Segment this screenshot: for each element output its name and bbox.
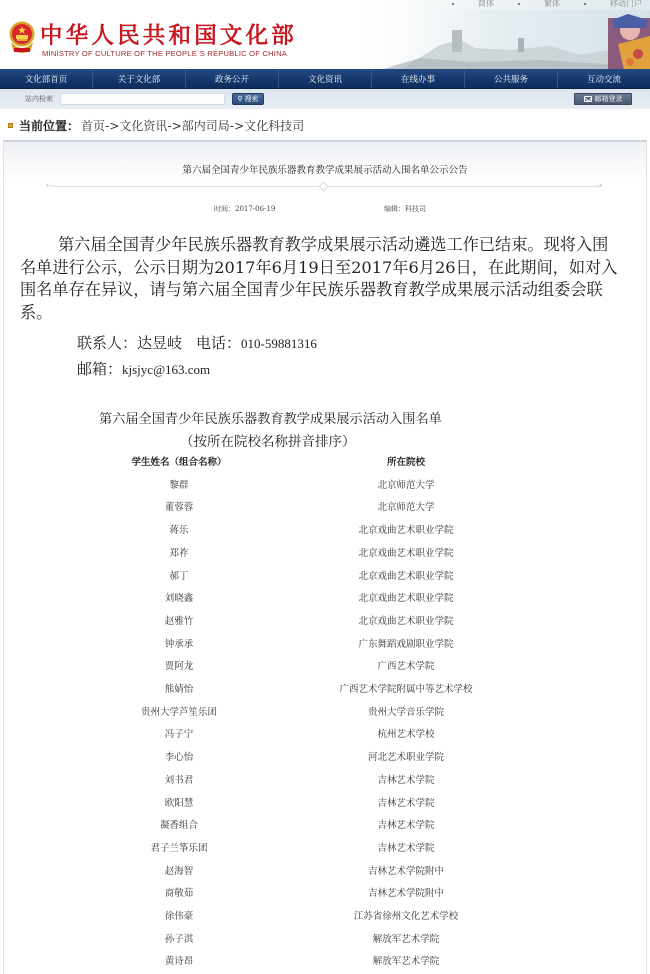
table-row: 贾阿龙广西艺术学院 [4, 658, 646, 681]
table-row: 刘晓鑫北京戏曲艺术职业学院 [4, 590, 646, 613]
table-row: 徐伟豪江苏省徐州文化艺术学校 [4, 908, 646, 931]
mail-login-button[interactable]: 邮箱登录 [574, 93, 632, 105]
nav-item-interaction[interactable]: 互动交流 [558, 69, 650, 88]
top-link-traditional[interactable]: 繁体 [518, 0, 560, 9]
great-wall-banner-image [380, 10, 650, 69]
main-nav: 文化部首页 关于文化部 政务公开 文化资讯 在线办事 公共服务 互动交流 [0, 69, 650, 89]
contact-line: 联系人：达昱岐电话：010-59881316 [77, 332, 317, 353]
table-row: 欧阳慧吉林艺术学院 [4, 795, 646, 818]
bullet-square-icon [8, 123, 13, 128]
national-emblem-icon[interactable] [8, 20, 36, 56]
table-row: 黎群北京师范大学 [4, 477, 646, 500]
article-panel: 第六届全国青少年民族乐器教育教学成果展示活动入围名单公示公告 ⇠ ⇢ 时间：20… [3, 140, 647, 974]
ornament-diamond-icon [319, 182, 329, 192]
article-paragraph: 第六届全国青少年民族乐器教育教学成果展示活动遴选工作已结束。现将入围名单进行公示… [20, 234, 620, 324]
search-bar: 站内检索 ⚲ 搜索 邮箱登录 [0, 89, 650, 109]
table-row: 赵海智吉林艺术学院附中 [4, 863, 646, 886]
article-title: 第六届全国青少年民族乐器教育教学成果展示活动入围名单公示公告 [4, 162, 646, 176]
nav-item-public-services[interactable]: 公共服务 [465, 69, 558, 88]
table-row: 蒋乐北京戏曲艺术职业学院 [4, 522, 646, 545]
site-search-input[interactable] [60, 93, 225, 105]
search-button[interactable]: ⚲ 搜索 [232, 93, 264, 105]
nav-item-government-affairs[interactable]: 政务公开 [186, 69, 279, 88]
list-title-main: 第六届全国青少年民族乐器教育教学成果展示活动入围名单 [99, 408, 442, 427]
phone-number: 010-59881316 [241, 336, 317, 351]
mail-icon [584, 96, 592, 102]
breadcrumb-label: 当前位置： [19, 117, 79, 134]
table-row: 郝丁北京戏曲艺术职业学院 [4, 568, 646, 591]
table-header-row: 学生姓名（组合名称） 所在院校 [4, 454, 646, 477]
site-header: 简体 繁体 移动门户 中华人民共和国文化部 MINISTRY OF CULTUR… [0, 0, 650, 69]
table-row: 凝香组合吉林艺术学院 [4, 817, 646, 840]
table-row: 孙子淇解放军艺术学院 [4, 931, 646, 954]
brand-title-en: MINISTRY OF CULTURE OF THE PEOPLE`S REPU… [42, 49, 287, 58]
email-line: 邮箱：kjsjyc@163.com [77, 358, 210, 379]
table-row: 赵雅竹北京戏曲艺术职业学院 [4, 613, 646, 636]
nav-item-culture-news[interactable]: 文化资讯 [279, 69, 372, 88]
table-row: 熊婧怡广西艺术学院附属中等艺术学校 [4, 681, 646, 704]
table-row: 贵州大学芦笙乐团贵州大学音乐学院 [4, 704, 646, 727]
table-row: 商敬茹吉林艺术学院附中 [4, 885, 646, 908]
ornament-right-icon: ⇢ [596, 181, 603, 190]
search-label: 站内检索 [25, 94, 53, 104]
table-row: 董蓉蓉北京师范大学 [4, 499, 646, 522]
bullet-icon [518, 3, 520, 5]
contact-name: 达昱岐 [137, 334, 182, 352]
bullet-icon [584, 3, 586, 5]
breadcrumb: 当前位置： 首页->文化资讯->部内司局->文化科技司 [0, 110, 650, 140]
table-row: 刘书君吉林艺术学院 [4, 772, 646, 795]
brand-title-cn[interactable]: 中华人民共和国文化部 [40, 18, 297, 50]
article-body: 第六届全国青少年民族乐器教育教学成果展示活动遴选工作已结束。现将入围名单进行公示… [20, 234, 620, 324]
email-address[interactable]: kjsjyc@163.com [122, 362, 210, 377]
bullet-icon [452, 3, 454, 5]
table-row: 钟承承广东舞蹈戏剧职业学院 [4, 636, 646, 659]
nav-item-online-services[interactable]: 在线办事 [372, 69, 465, 88]
top-link-simplified[interactable]: 简体 [452, 0, 494, 9]
top-links: 简体 繁体 移动门户 [428, 0, 642, 9]
table-row: 黄诗昂解放军艺术学院 [4, 953, 646, 974]
breadcrumb-path[interactable]: 首页->文化资讯->部内司局->文化科技司 [81, 117, 304, 134]
column-header-name: 学生姓名（组合名称） [64, 454, 294, 468]
nav-item-home[interactable]: 文化部首页 [0, 69, 93, 88]
list-title-sub: （按所在院校名称拼音排序） [180, 430, 356, 450]
top-link-mobile[interactable]: 移动门户 [584, 0, 642, 9]
nav-item-about[interactable]: 关于文化部 [93, 69, 186, 88]
table-row: 李心怡河北艺术职业学院 [4, 749, 646, 772]
search-icon: ⚲ [237, 95, 242, 103]
column-header-school: 所在院校 [296, 454, 516, 468]
table-row: 君子兰筝乐团吉林艺术学院 [4, 840, 646, 863]
table-row: 冯子宁杭州艺术学校 [4, 726, 646, 749]
table-row: 郑祚北京戏曲艺术职业学院 [4, 545, 646, 568]
publish-time: 时间：2017-06-19 [214, 204, 275, 214]
editor-info: 编辑：科技司 [384, 204, 426, 214]
